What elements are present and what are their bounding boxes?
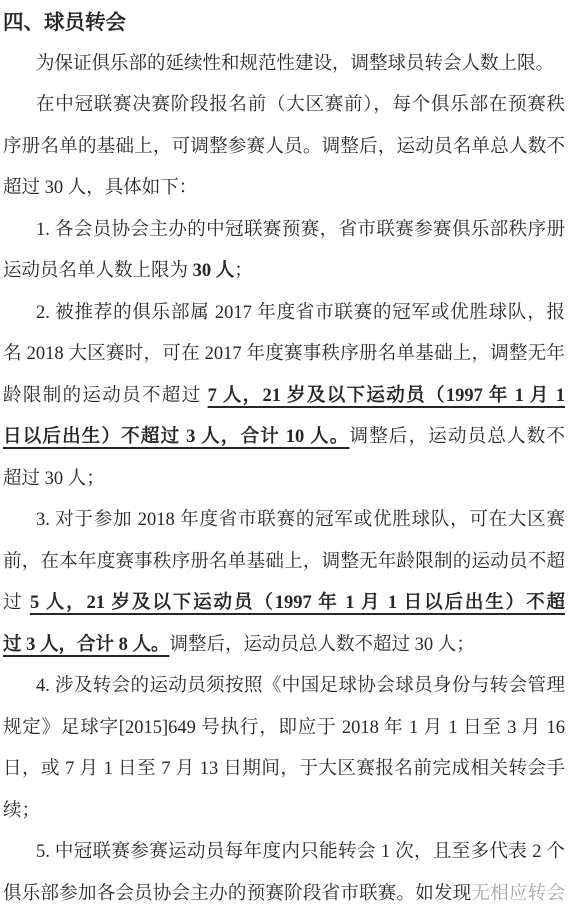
text-run: 过 xyxy=(3,593,30,613)
text-line: 规定》足球字[2015]649 号执行，即应于 2018 年 1 月 1 日至 … xyxy=(3,708,565,750)
text-line: 运动员名单人数上限为 30 人； xyxy=(3,251,565,293)
text-run: 调整后，运动员总人数不 xyxy=(350,427,565,447)
text-run: 调整后，运动员总人数不超过 30 人； xyxy=(170,635,475,655)
text-run: 前，在本年度赛事秩序册名单基础上，调整无年龄限制的运动员不超 xyxy=(3,552,565,572)
text-run: 3. 对于参加 2018 年度省市联赛的冠军或优胜球队，可在大区赛 xyxy=(36,510,565,530)
text-run: 7 人，21 岁及以下运动员（1997 年 1 月 1 xyxy=(208,386,565,406)
text-run: 2. 被推荐的俱乐部属 2017 年度省市联赛的冠军或优胜球队，报 xyxy=(36,303,565,323)
text-run: 无相应转会 xyxy=(472,884,565,904)
text-run: 序册名单的基础上，可调整参赛人员。调整后，运动员名单总人数不 xyxy=(3,137,565,157)
text-line: 日，或 7 月 1 日至 7 月 13 日期间，于大区赛报名前完成相关转会手 xyxy=(3,749,565,791)
text-line: 4. 涉及转会的运动员须按照《中国足球协会球员身份与转会管理 xyxy=(3,666,565,708)
text-line: 过 5 人，21 岁及以下运动员（1997 年 1 月 1 日以后出生）不超 xyxy=(3,583,565,625)
text-run: 为保证俱乐部的延续性和规范性建设，调整球员转会人数上限。 xyxy=(36,54,554,74)
document-page: 四、球员转会 为保证俱乐部的延续性和规范性建设，调整球员转会人数上限。在中冠联赛… xyxy=(0,0,572,914)
text-line: 名 2018 大区赛时，可在 2017 年度赛事秩序册名单基础上，调整无年 xyxy=(3,334,565,376)
text-run: 1. 各会员协会主办的中冠联赛预赛，省市联赛参赛俱乐部秩序册 xyxy=(36,220,565,240)
text-run: 日，或 7 月 1 日至 7 月 13 日期间，于大区赛报名前完成相关转会手 xyxy=(3,759,565,779)
text-run: 超过 30 人，具体如下： xyxy=(3,178,197,198)
text-line: 在中冠联赛决赛阶段报名前（大区赛前），每个俱乐部在预赛秩 xyxy=(3,85,565,127)
text-run: 超过 30 人； xyxy=(3,469,105,489)
text-run: 在中冠联赛决赛阶段报名前（大区赛前），每个俱乐部在预赛秩 xyxy=(36,95,565,115)
text-line: 序册名单的基础上，可调整参赛人员。调整后，运动员名单总人数不 xyxy=(3,127,565,169)
text-line: 2. 被推荐的俱乐部属 2017 年度省市联赛的冠军或优胜球队，报 xyxy=(3,293,565,335)
text-run: 过 3 人，合计 8 人。 xyxy=(3,635,170,655)
text-run: 龄限制的运动员不超过 xyxy=(3,386,208,406)
text-run: 日以后出生）不超过 3 人，合计 10 人。 xyxy=(3,427,350,447)
text-run: 名 2018 大区赛时，可在 2017 年度赛事秩序册名单基础上，调整无年 xyxy=(3,344,565,364)
section-title: 四、球员转会 xyxy=(3,2,565,44)
text-line: 5. 中冠联赛参赛运动员每年度内只能转会 1 次，且至多代表 2 个 xyxy=(3,832,565,874)
text-line: 日以后出生）不超过 3 人，合计 10 人。调整后，运动员总人数不 xyxy=(3,417,565,459)
text-line: 为保证俱乐部的延续性和规范性建设，调整球员转会人数上限。 xyxy=(3,44,565,86)
text-run: ； xyxy=(234,261,253,281)
text-run: 规定》足球字[2015]649 号执行，即应于 2018 年 1 月 1 日至 … xyxy=(3,718,565,738)
text-line: 续； xyxy=(3,791,565,833)
text-run: 4. 涉及转会的运动员须按照《中国足球协会球员身份与转会管理 xyxy=(36,676,565,696)
text-line: 3. 对于参加 2018 年度省市联赛的冠军或优胜球队，可在大区赛 xyxy=(3,500,565,542)
text-line: 过 3 人，合计 8 人。调整后，运动员总人数不超过 30 人； xyxy=(3,625,565,667)
text-run: 30 人 xyxy=(193,261,235,281)
text-line: 俱乐部参加各会员协会主办的预赛阶段省市联赛。如发现无相应转会 xyxy=(3,874,565,914)
text-line: 超过 30 人； xyxy=(3,459,565,501)
text-line: 龄限制的运动员不超过 7 人，21 岁及以下运动员（1997 年 1 月 1 xyxy=(3,376,565,418)
text-run: 5. 中冠联赛参赛运动员每年度内只能转会 1 次，且至多代表 2 个 xyxy=(36,842,565,862)
text-line: 超过 30 人，具体如下： xyxy=(3,168,565,210)
text-run: 俱乐部参加各会员协会主办的预赛阶段省市联赛。如发现 xyxy=(3,884,472,904)
text-line: 前，在本年度赛事秩序册名单基础上，调整无年龄限制的运动员不超 xyxy=(3,542,565,584)
text-run: 5 人，21 岁及以下运动员（1997 年 1 月 1 日以后出生）不超 xyxy=(30,593,565,613)
text-line: 1. 各会员协会主办的中冠联赛预赛，省市联赛参赛俱乐部秩序册 xyxy=(3,210,565,252)
text-run: 运动员名单人数上限为 xyxy=(3,261,193,281)
document-body: 为保证俱乐部的延续性和规范性建设，调整球员转会人数上限。在中冠联赛决赛阶段报名前… xyxy=(3,44,565,914)
text-run: 续； xyxy=(3,801,40,821)
